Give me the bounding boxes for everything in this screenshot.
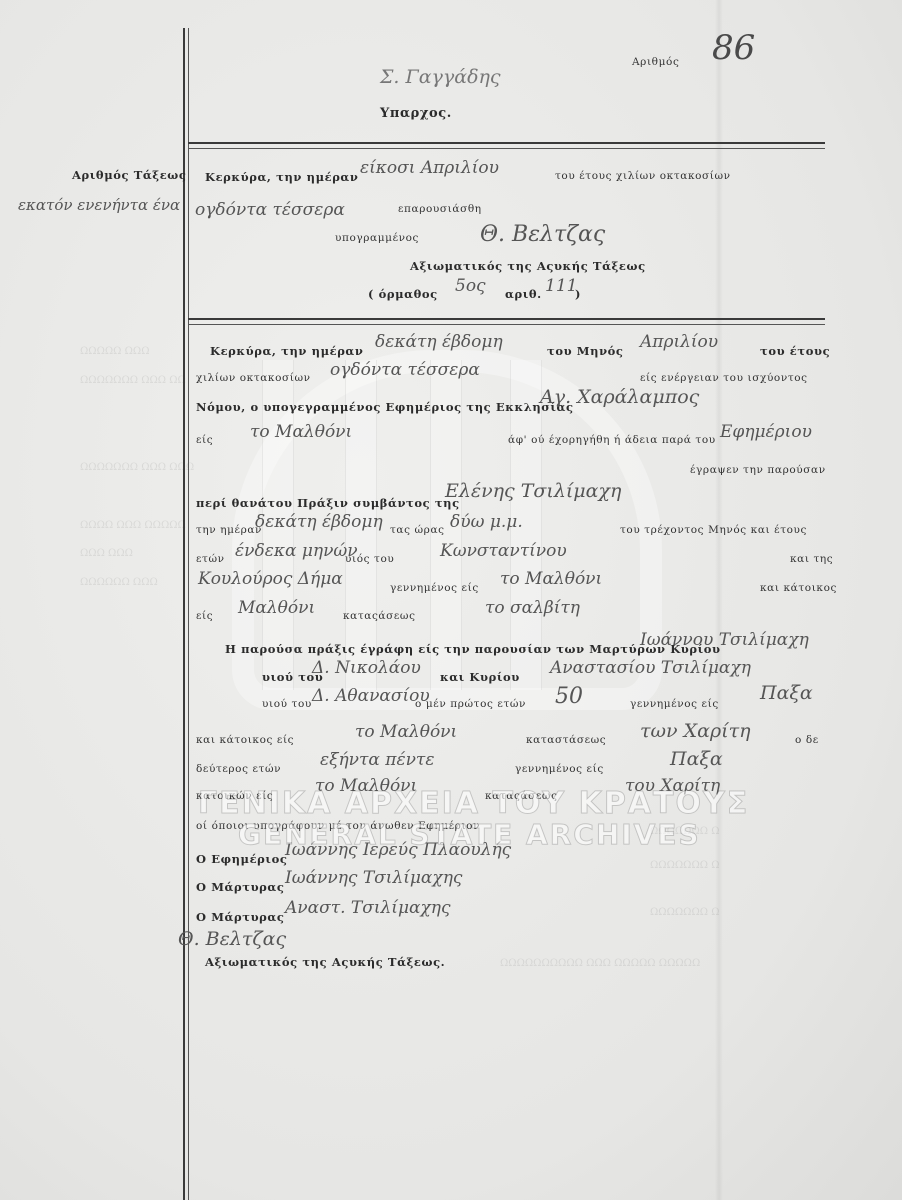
order-number-value: εκατόν ενενήντα ένα — [18, 196, 180, 214]
paren-close: ) — [575, 287, 581, 301]
act-text: έγραψεν την παρούσαν — [690, 464, 826, 476]
witness-text: γεννημένος είς — [515, 763, 604, 775]
act-handwriting: το Μαλθόνι — [250, 422, 352, 442]
archive-watermark-english: GENERAL STATE ARCHIVES — [238, 818, 701, 851]
witness-handwriting: το Μαλθόνι — [355, 722, 457, 742]
bleed-through-text: ΩΩΩΩΩΩΩ ΩΩΩ ΩΩ — [80, 375, 186, 386]
bleed-through-text: ΩΩΩ ΩΩΩ — [80, 548, 133, 559]
act-text: και κάτοικος — [760, 582, 837, 594]
witness-text: δεύτερος ετών — [196, 763, 281, 775]
presentation-year: ογδόντα τέσσερα — [195, 200, 345, 220]
act-text: του Μηνός — [547, 344, 624, 358]
witness-handwriting: των Χαρίτη — [640, 720, 750, 742]
act-text: είς ενέργειαν του ισχύοντος — [640, 372, 808, 384]
header-rule — [188, 142, 825, 149]
signature-label: Ο Εφημέριος — [196, 852, 287, 866]
act-handwriting: Κωνσταντίνου — [440, 541, 567, 561]
witness-text: ο δε — [795, 734, 819, 746]
margin-rule — [183, 28, 189, 1200]
number-short-label: αριθ. — [505, 287, 542, 301]
act-handwriting: ένδεκα μηνών — [235, 541, 358, 561]
act-text: ετών — [196, 553, 225, 565]
act-handwriting: Εφημέριου — [720, 422, 812, 442]
prefect-signature: Σ. Γαγγάδης — [380, 66, 501, 88]
act-text: υιός του — [345, 553, 394, 565]
bleed-through-text: ΩΩΩΩΩΩ ΩΩΩ — [80, 577, 158, 588]
bleed-through-text: ΩΩΩΩΩΩΩΩΩΩ ΩΩΩ ΩΩΩΩΩ ΩΩΩΩΩ — [500, 958, 700, 969]
act-text: άφ' ού έχορηγήθη ή άδεια παρά του — [508, 434, 716, 446]
act-text: τας ώρας — [390, 524, 445, 536]
witness-handwriting: Δ. Αθανασίου — [312, 686, 430, 706]
act-handwriting: δύω μ.μ. — [450, 512, 523, 532]
signature-label: Ο Μάρτυρας — [196, 880, 284, 894]
officer-signature: Θ. Βελτζας — [480, 222, 605, 247]
presentation-day: είκοσι Απριλίου — [360, 158, 499, 178]
archive-watermark-greek: ΓΕΝΙΚΑ ΑΡΧΕΙΑ ΤΟΥ ΚΡΑΤΟΥΣ — [198, 786, 749, 821]
act-handwriting: Ελένης Τσιλίμαχη — [445, 480, 621, 502]
witness-signature: Ιωάννης Τσιλίμαχης — [285, 868, 462, 888]
bleed-through-text: ΩΩΩΩΩΩΩ Ω — [650, 907, 720, 918]
presentation-year-prefix: του έτους χιλίων οκτακοσίων — [555, 170, 731, 182]
ormathos-label: ( όρμαθος — [368, 287, 438, 301]
witness-text: και Κυρίου — [440, 670, 520, 684]
undersigned-label: υπογραμμένος — [335, 232, 419, 244]
officer-title: Αξιωματικός της Αςυκής Τάξεως — [410, 259, 646, 273]
witness-text: και κάτοικος είς — [196, 734, 294, 746]
number-label: Αριθμός — [632, 56, 679, 68]
act-text: καταςάσεως — [343, 610, 416, 622]
witness-text: υιού του — [262, 698, 312, 710]
witness-text: ο μέν πρώτος ετών — [415, 698, 526, 710]
register-number: 111 — [545, 276, 577, 296]
bleed-through-text: ΩΩΩΩΩ ΩΩΩ — [80, 346, 150, 357]
witness-handwriting: Παξα — [670, 748, 723, 770]
act-text: την ημέραν — [196, 524, 262, 536]
presented-label: επαρουσιάσθη — [398, 203, 482, 215]
act-text: περί θανάτου Πράξιν συμβάντος της — [196, 496, 460, 510]
signature-label: Ο Μάρτυρας — [196, 910, 284, 924]
act-text: του έτους — [760, 344, 830, 358]
officer-final-signature: Θ. Βελτζας — [178, 928, 286, 950]
act-text: του τρέχοντος Μηνός και έτους — [620, 524, 807, 536]
witness-text: γεννημένος είς — [630, 698, 719, 710]
bleed-through-text: ΩΩΩΩ ΩΩΩ ΩΩΩΩΩ — [80, 520, 186, 531]
section-rule — [188, 318, 825, 325]
witness-text: καταστάσεως — [526, 734, 606, 746]
act-handwriting: ογδόντα τέσσερα — [330, 360, 480, 380]
witness-1-name: Ιωάννου Τσιλίμαχη — [640, 630, 809, 650]
order-number-label: Αριθμός Τάξεως — [72, 168, 186, 182]
presentation-place-date: Κερκύρα, την ημέραν — [205, 170, 358, 184]
witness-signature: Αναστ. Τσιλίμαχης — [285, 898, 451, 918]
officer-final-title: Αξιωματικός της Αςυκής Τάξεως. — [205, 955, 445, 969]
act-text: είς — [196, 610, 213, 622]
witness-age: 50 — [555, 684, 583, 709]
act-handwriting: το σαλβίτη — [485, 598, 580, 618]
act-handwriting: δεκάτη έβδομη — [375, 332, 503, 352]
act-handwriting: Κουλούρος Δήμα — [198, 569, 343, 589]
witness-handwriting: Δ. Νικολάου — [312, 658, 421, 678]
act-text: είς — [196, 434, 213, 446]
witness-handwriting: εξήντα πέντε — [320, 750, 434, 770]
witness-handwriting: Παξα — [760, 682, 813, 704]
act-handwriting: Απριλίου — [640, 332, 718, 352]
act-handwriting: το Μαλθόνι — [500, 569, 602, 589]
act-text: και της — [790, 553, 833, 565]
prefect-title: Υπαρχος. — [380, 106, 452, 121]
bleed-through-text: ΩΩΩΩΩΩΩ ΩΩΩ ΩΩΩ — [80, 462, 194, 473]
act-handwriting: Μαλθόνι — [238, 598, 315, 618]
act-handwriting: δεκάτη έβδομη — [255, 512, 383, 532]
act-handwriting: Αγ. Χαράλαμπος — [540, 386, 699, 408]
witness-handwriting: Αναστασίου Τσιλίμαχη — [550, 658, 751, 678]
act-text: χιλίων οκτακοσίων — [196, 372, 311, 384]
act-text: Νόμου, ο υπογεγραμμένος Εφημέριος της Εκ… — [196, 400, 574, 414]
act-text: Κερκύρα, την ημέραν — [210, 344, 363, 358]
ormathos-value: 5ος — [455, 276, 486, 296]
document-number: 86 — [712, 28, 755, 68]
bleed-through-text: ΩΩΩΩΩΩΩ Ω — [650, 860, 720, 871]
act-text: γεννημένος είς — [390, 582, 479, 594]
